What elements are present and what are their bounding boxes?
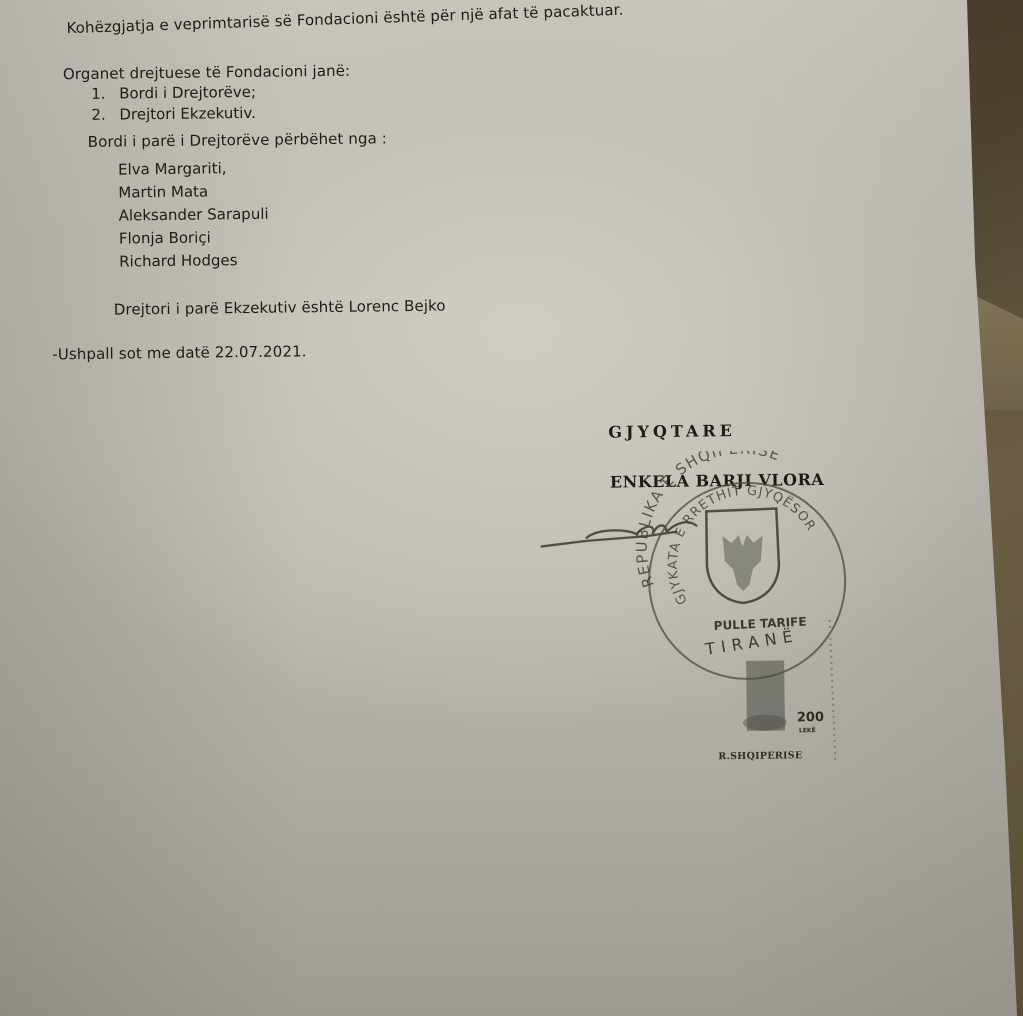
stamp-perforation [830, 620, 836, 760]
governing-bodies-intro: Organet drejtuese të Fondacioni janë: [63, 62, 350, 84]
document-body: Kohëzgjatja e veprimtarisë së Fondacioni… [0, 0, 1023, 1016]
duration-clause: Kohëzgjatja e veprimtarisë së Fondacioni… [66, 1, 623, 37]
board-member: Flonja Boriçi [119, 226, 269, 251]
eagle-icon [723, 535, 764, 591]
board-members-list: Elva Margariti, Martin Mata Aleksander S… [118, 157, 269, 274]
tax-stamp-unit: LEKË [799, 727, 816, 734]
court-seal: REPUBLIKA E SHQIPËRISË GJYKATA E RRETHIT… [526, 449, 870, 783]
issued-date-line: -Ushpall sot me datë 22.07.2021. [52, 342, 306, 363]
judge-title: GJYQTARE [608, 421, 736, 442]
governing-body-item: 1.Bordi i Drejtorëve; [91, 83, 256, 106]
tax-stamp-value: 200 [797, 710, 824, 725]
first-board-intro: Bordi i parë i Drejtorëve përbëhet nga : [88, 129, 387, 151]
list-label: Drejtori Ekzekutiv. [119, 104, 256, 124]
board-member: Martin Mata [118, 180, 268, 205]
governing-bodies-list: 1.Bordi i Drejtorëve; 2.Drejtori Ekzekut… [91, 83, 256, 127]
executive-director-line: Drejtori i parë Ekzekutiv është Lorenc B… [114, 297, 446, 319]
board-member: Aleksander Sarapuli [119, 203, 269, 228]
list-number: 1. [91, 85, 119, 103]
list-label: Bordi i Drejtorëve; [119, 83, 256, 103]
list-number: 2. [91, 106, 119, 124]
tax-stamp-country: R.SHQIPERISE [718, 750, 802, 762]
board-member: Richard Hodges [119, 249, 269, 274]
governing-body-item: 2.Drejtori Ekzekutiv. [91, 104, 256, 127]
court-seal-graphic: REPUBLIKA E SHQIPËRISË GJYKATA E RRETHIT… [526, 449, 870, 783]
board-member: Elva Margariti, [118, 157, 268, 182]
